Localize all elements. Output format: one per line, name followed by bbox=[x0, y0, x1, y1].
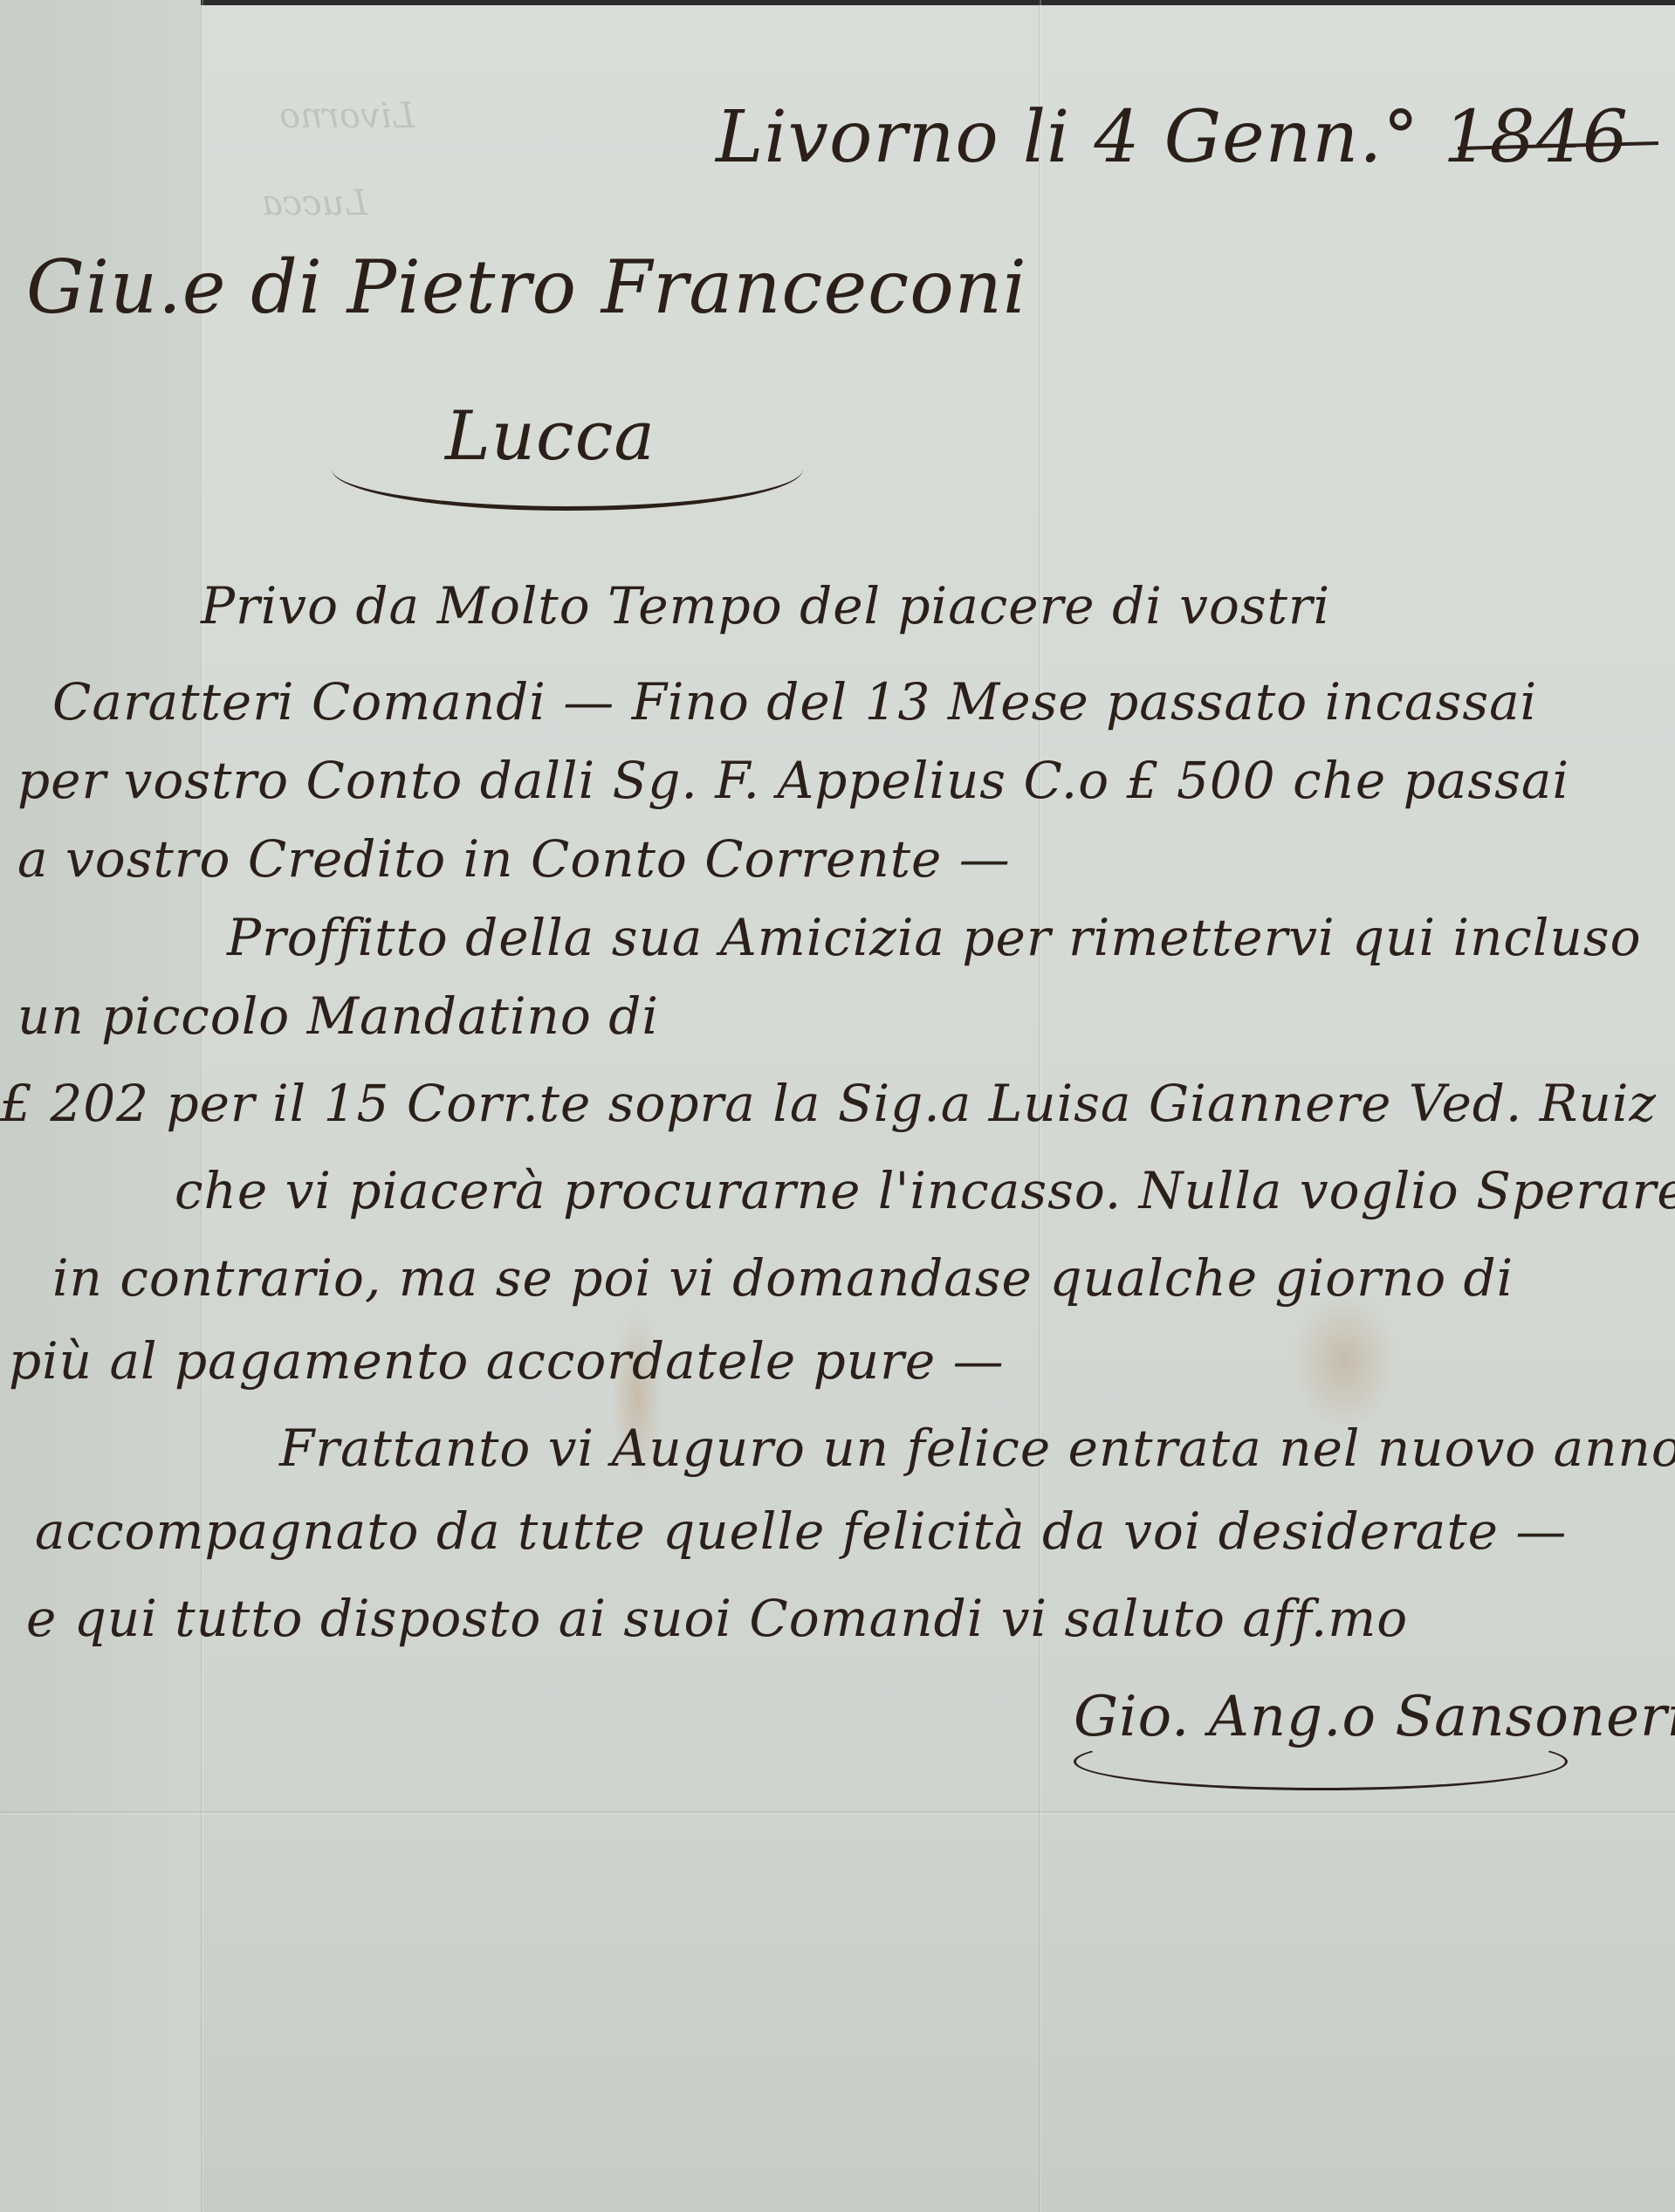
body-line: £ 202 per il 15 Corr.te sopra la Sig.a L… bbox=[0, 1074, 1657, 1133]
body-line: che vi piacerà procurarne l'incasso. Nul… bbox=[175, 1161, 1675, 1220]
body-line: un piccolo Mandatino di bbox=[17, 986, 659, 1046]
top-edge-shadow bbox=[201, 0, 1675, 5]
letter-sheet: Livorno Lucca Livorno li 4 Genn.° 1846 G… bbox=[0, 0, 1675, 2212]
addressee-name: Giu.e di Pietro Franceconi bbox=[26, 244, 1027, 330]
signature-flourish bbox=[1074, 1733, 1568, 1790]
body-line: per vostro Conto dalli Sg. F. Appelius C… bbox=[17, 751, 1569, 810]
foxing-stain bbox=[1292, 1292, 1397, 1432]
place-date: Livorno li 4 Genn.° 1846 bbox=[716, 96, 1629, 179]
body-line: a vostro Credito in Conto Corrente — bbox=[17, 829, 1011, 889]
body-line: in contrario, ma se poi vi domandase qua… bbox=[52, 1248, 1514, 1308]
body-line: accompagnato da tutte quelle felicità da… bbox=[35, 1501, 1567, 1561]
body-line: Proffitto della sua Amicizia per rimette… bbox=[227, 908, 1642, 967]
city-flourish bbox=[332, 428, 803, 511]
body-line: Frattanto vi Auguro un felice entrata ne… bbox=[279, 1419, 1675, 1478]
body-line: e qui tutto disposto ai suoi Comandi vi … bbox=[26, 1589, 1408, 1648]
body-line: più al pagamento accordatele pure — bbox=[9, 1331, 1005, 1391]
body-line: Privo da Molto Tempo del piacere di vost… bbox=[201, 576, 1330, 635]
body-line: Caratteri Comandi — Fino del 13 Mese pas… bbox=[52, 672, 1537, 732]
bleed-through-text: Livorno bbox=[279, 96, 415, 136]
horizontal-fold-line bbox=[0, 1811, 1675, 1815]
bleed-through-text: Lucca bbox=[262, 183, 367, 223]
